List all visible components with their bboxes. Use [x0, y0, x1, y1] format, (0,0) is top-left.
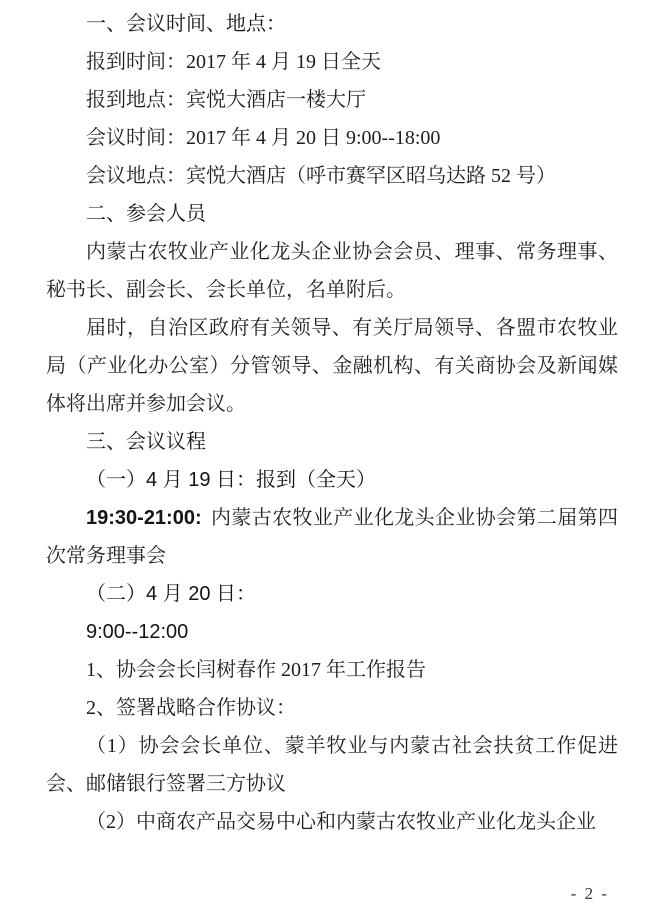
agenda-item-2-sub-1: （1）协会会长单位、蒙羊牧业与内蒙古社会扶贫工作促进会、邮储银行签署三方协议 — [46, 727, 618, 803]
section-participants-heading: 二、参会人员 — [46, 195, 618, 233]
participants-members-paragraph: 内蒙古农牧业产业化龙头企业协会会员、理事、常务理事、秘书长、副会长、会长单位，名… — [46, 233, 618, 309]
participants-guests-paragraph: 届时，自治区政府有关领导、有关厅局领导、各盟市农牧业局（产业化办公室）分管领导、… — [46, 309, 618, 423]
checkin-time-line: 报到时间：2017 年 4 月 19 日全天 — [46, 43, 618, 81]
agenda-item-2-sub-2: （2）中商农产品交易中心和内蒙古农牧业产业化龙头企业 — [46, 803, 618, 841]
section-meeting-time-location-heading: 一、会议时间、地点： — [46, 5, 618, 43]
agenda-day2-heading: （二）4 月 20 日： — [46, 575, 618, 613]
document-page: 一、会议时间、地点： 报到时间：2017 年 4 月 19 日全天 报到地点：宾… — [0, 0, 667, 918]
agenda-item-2: 2、签署战略合作协议： — [46, 689, 618, 727]
agenda-day1-evening-time: 19:30-21:00: — [86, 507, 202, 529]
agenda-day1-heading: （一）4 月 19 日：报到（全天） — [46, 461, 618, 499]
checkin-place-line: 报到地点：宾悦大酒店一楼大厅 — [46, 81, 618, 119]
meeting-place-line: 会议地点：宾悦大酒店（呼市赛罕区昭乌达路 52 号） — [46, 157, 618, 195]
section-agenda-heading: 三、会议议程 — [46, 423, 618, 461]
meeting-time-line: 会议时间：2017 年 4 月 20 日 9:00--18:00 — [46, 119, 618, 157]
page-number: - 2 - — [571, 884, 609, 904]
agenda-day2-morning-time: 9:00--12:00 — [46, 613, 618, 651]
agenda-day1-evening-line: 19:30-21:00:内蒙古农牧业产业化龙头企业协会第二届第四次常务理事会 — [46, 499, 618, 575]
agenda-item-1: 1、协会会长闫树春作 2017 年工作报告 — [46, 651, 618, 689]
